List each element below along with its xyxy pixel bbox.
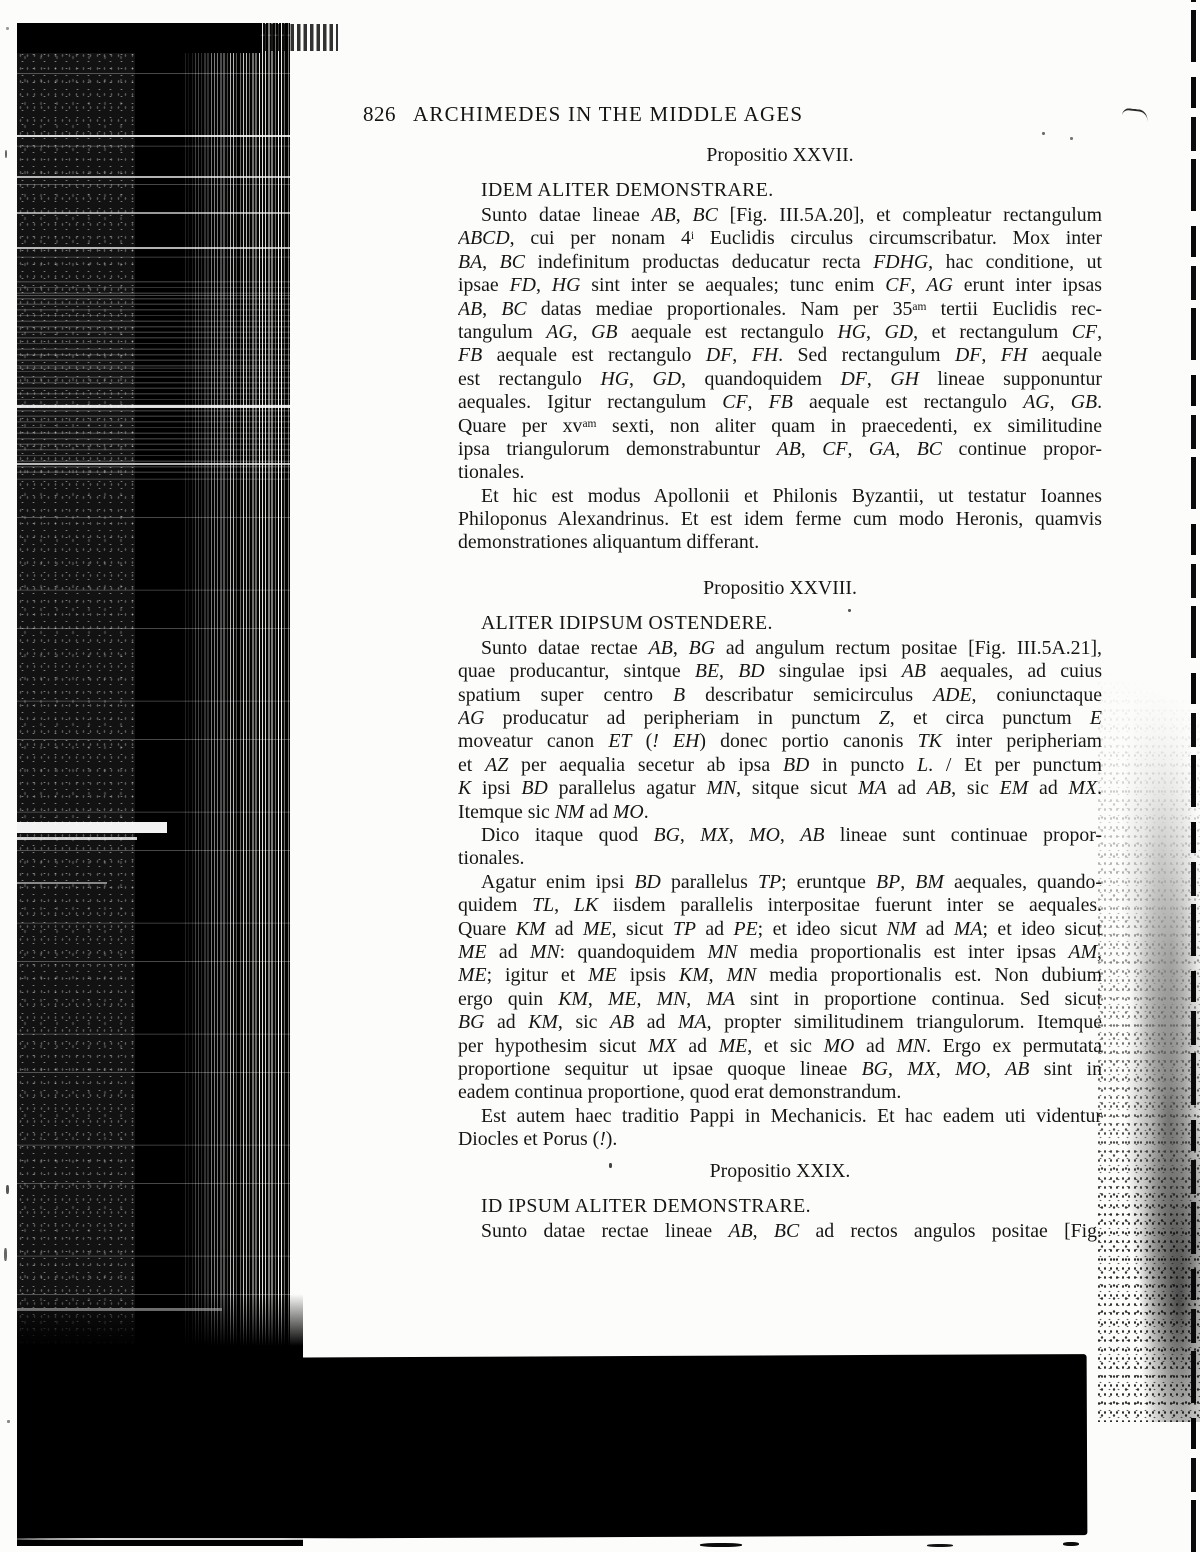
margin-tick	[5, 150, 7, 158]
running-head-title: ARCHIMEDES IN THE MIDDLE AGES	[413, 102, 803, 126]
white-scratch-line	[17, 247, 290, 249]
text-line: ME ad MN: quandoquidem MN media proporti…	[458, 941, 1102, 964]
text-line: quae producantur, sintque BE, BD singula…	[458, 660, 1102, 683]
proposition-subtitle: ALITER IDIPSUM OSTENDERE.	[458, 612, 1102, 637]
proposition-section: Propositio XXVII.IDEM ALITER DEMONSTRARE…	[458, 143, 1102, 555]
text-line: ABCD, cui per nonam 4i Euclidis circulus…	[458, 227, 1102, 250]
text-line: 10Itemque sic NM ad MO.	[458, 801, 1102, 824]
text-line: K ipsi BD parallelus agatur MN, sitque s…	[458, 777, 1102, 800]
text-line: Philoponus Alexandrinus. Et est idem fer…	[458, 508, 1102, 531]
margin-tick	[7, 1420, 10, 1423]
text-line: ipsae FD, HG sint inter se aequales; tun…	[458, 274, 1102, 297]
proposition-title: Propositio XXIX.	[458, 1159, 1102, 1195]
gutter-dense-scratches	[17, 278, 290, 473]
text-line: 5BA, BC indefinitum productas deducatur …	[458, 251, 1102, 274]
proposition-subtitle: IDEM ALITER DEMONSTRARE.	[458, 179, 1102, 204]
bottom-dash-mark	[700, 1543, 742, 1547]
text-line: eadem continua proportione, quod erat de…	[458, 1081, 1102, 1104]
text-line: 15Et hic est modus Apollonii et Philonis…	[458, 485, 1102, 508]
white-scratch-line	[17, 405, 290, 408]
white-scratch-line	[17, 882, 107, 884]
dashed-edge-line	[1191, 0, 1196, 1552]
text-line: FB aequale est rectangulo DF, FH. Sed re…	[458, 344, 1102, 367]
page-number: 826	[363, 102, 396, 126]
text-line: ergo quin KM, ME, MN, MA sint in proport…	[458, 988, 1102, 1011]
margin-tick	[6, 1185, 9, 1194]
proposition-subtitle: ID IPSUM ALITER DEMONSTRARE.	[458, 1195, 1102, 1220]
margin-tick	[4, 1248, 7, 1261]
text-line: tangulum AG, GB aequale est rectangulo H…	[458, 321, 1102, 344]
white-scratch-line	[17, 135, 290, 137]
text-line: Quare per xvam sexti, non aliter quam in…	[458, 415, 1102, 438]
text-line: Dico itaque quod BG, MX, MO, AB lineae s…	[458, 824, 1102, 847]
text-line: Sunto datae rectae AB, BG ad angulum rec…	[458, 637, 1102, 660]
text-line: quidem TL, LK iisdem parallelis interpos…	[458, 894, 1102, 917]
text-line: tionales.	[458, 847, 1102, 870]
text-line: Agatur enim ipsi BD parallelus TP; erunt…	[458, 871, 1102, 894]
white-scratch-line	[17, 463, 290, 465]
white-scratch-line	[17, 212, 290, 214]
text-line: Est autem haec traditio Pappi in Mechani…	[458, 1105, 1102, 1128]
proposition-section: Propositio XXIX.ID IPSUM ALITER DEMONSTR…	[458, 1159, 1102, 1243]
text-line: 5spatium super centro B describatur semi…	[458, 684, 1102, 707]
ink-speck	[1070, 137, 1073, 140]
text-line: AB, BC datas mediae proportionales. Nam …	[458, 298, 1102, 321]
bottom-black-band	[203, 1354, 1088, 1539]
proposition-section: Propositio XXVIII.ALITER IDIPSUM OSTENDE…	[458, 576, 1102, 1152]
stray-pen-squiggle	[1121, 108, 1148, 122]
text-line: ipsa triangulorum demonstrabuntur AB, CF…	[458, 438, 1102, 461]
ink-speck	[1042, 132, 1045, 135]
proposition-title: Propositio XXVIII.	[458, 576, 1102, 612]
bottom-dash-mark	[927, 1544, 953, 1547]
text-line: BG ad KM, sic AB ad MA, propter similitu…	[458, 1011, 1102, 1034]
scanned-book-page: 826ARCHIMEDES IN THE MIDDLE AGES Proposi…	[0, 0, 1200, 1552]
top-black-bar	[17, 23, 260, 53]
margin-tick	[6, 27, 9, 30]
white-scratch-line	[17, 837, 137, 840]
top-black-bar-ragged-end	[258, 24, 338, 51]
text-line: 10est rectangulo HG, GD, quandoquidem DF…	[458, 368, 1102, 391]
text-block: Propositio XXVII.IDEM ALITER DEMONSTRARE…	[458, 143, 1102, 1244]
text-line: proportione sequitur ut ipsae quoque lin…	[458, 1058, 1102, 1081]
bottom-dash-mark	[1063, 1542, 1079, 1546]
text-line: Diocles et Porus (!).	[458, 1128, 1102, 1151]
white-scratch-line	[17, 822, 167, 833]
right-edge-noise	[1096, 616, 1200, 1422]
text-line: Sunto datae rectae lineae AB, BC ad rect…	[458, 1220, 1102, 1243]
text-line: tionales.	[458, 461, 1102, 484]
text-line: 16et AZ per aequalia secetur ab ipsa BD …	[458, 754, 1102, 777]
proposition-title: Propositio XXVII.	[458, 143, 1102, 179]
bottom-white-hairline	[17, 1538, 367, 1540]
text-line: aequales. Igitur rectangulum CF, FB aequ…	[458, 391, 1102, 414]
text-line: Sunto datae lineae AB, BC [Fig. III.5A.2…	[458, 204, 1102, 227]
text-line: 15Quare KM ad ME, sicut TP ad PE; et ide…	[458, 918, 1102, 941]
text-line: demonstrationes aliquantum differant.	[458, 531, 1102, 554]
text-line: moveatur canon ET (! EH) donec portio ca…	[458, 730, 1102, 753]
text-line: 20per hypothesim sicut MX ad ME, et sic …	[458, 1035, 1102, 1058]
white-scratch-line	[17, 176, 290, 178]
running-head: 826ARCHIMEDES IN THE MIDDLE AGES	[363, 102, 803, 127]
text-line: AG producatur ad peripheriam in punctum …	[458, 707, 1102, 730]
text-line: ME; igitur et ME ipsis KM, MN media prop…	[458, 964, 1102, 987]
